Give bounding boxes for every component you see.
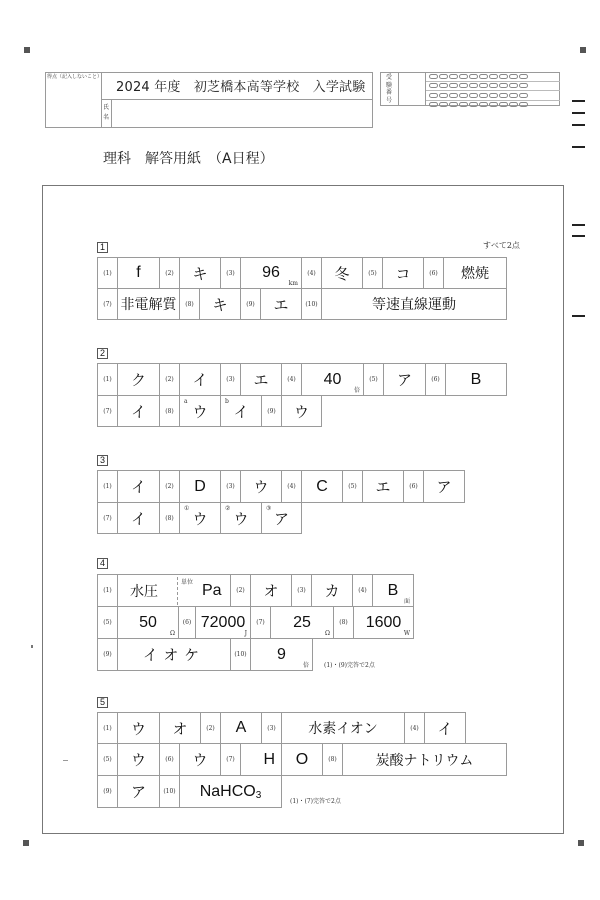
section-3-number: 3 [97,455,108,466]
q-number: (7) [103,515,112,522]
q1-6-label-cell: (6) [423,257,444,289]
q1-1-label-cell: (1) [97,257,118,289]
unit-label: 倍 [303,660,309,669]
answer-text: ア [436,476,451,497]
answer-text: イ [192,369,207,390]
q-number: (8) [165,515,174,522]
answer-text: 25 [293,614,311,632]
q5-7b-answer[interactable]: O [281,743,323,776]
sub-label: b [225,398,229,405]
q-number: (2) [165,270,174,277]
q3-4-answer[interactable]: C [301,470,343,503]
q5-2-label-cell: (2) [200,712,221,744]
answer-text: エ [273,294,288,315]
q2-6-label-cell: (6) [425,363,446,396]
unit-caption: 単位 [181,577,193,586]
q-number: (1) [103,483,112,490]
q-number: (9) [103,651,112,658]
answer-text: ウ [131,749,146,770]
q1-9-label-cell: (9) [240,288,261,320]
unit-label: 倍 [354,385,360,394]
q5-1-label-cell: (1) [97,712,118,744]
answer-text: ウ [192,749,207,770]
q2-7-answer[interactable]: イ [117,395,160,427]
bubble-row[interactable] [426,72,560,82]
q-number: (6) [431,376,440,383]
q1-10-answer[interactable]: 等速直線運動 [321,288,507,320]
answer-text: キ [212,294,227,315]
q5-1a-answer[interactable]: ウ [117,712,160,744]
q1-4-label-cell: (4) [301,257,322,289]
q-number: (6) [165,756,174,763]
q-number: (10) [234,651,246,658]
answer-text: オ [172,718,187,739]
sub-label: ③ [266,505,271,512]
q-number: (2) [236,587,245,594]
timing-mark [572,224,585,226]
bubble-row[interactable] [426,101,560,110]
answer-text: A [236,719,247,737]
q5-9-label-cell: (9) [97,775,118,808]
answer-text: 1600 [366,614,402,632]
q5-6-label-cell: (6) [159,743,180,776]
q4-1-label-cell: (1) [97,574,118,607]
q-number: (3) [226,270,235,277]
sub-label: ② [225,505,230,512]
stray-mark [31,645,33,648]
q4-8-label-cell: (8) [333,606,354,639]
answer-text: 等速直線運動 [372,294,456,314]
formula-subscript: 3 [256,790,262,801]
q4-2-label-cell: (2) [230,574,251,607]
q4-2-answer[interactable]: オ [250,574,292,607]
answer-text: イ [233,401,248,422]
score-label: 得点（記入しないこと） [47,73,102,80]
answer-text: ウ [294,401,309,422]
q2-3-label-cell: (3) [220,363,241,396]
q3-3-label-cell: (3) [220,470,241,503]
q4-7-answer[interactable]: 25Ω [270,606,334,639]
q-number: (10) [305,301,317,308]
answer-text: B [388,582,399,600]
q5-8-answer[interactable]: 炭酸ナトリウム [342,743,507,776]
answer-text: ア [131,781,146,802]
answer-text: イオケ [143,644,205,665]
answer-text: 水圧 [130,581,158,601]
section-1-number: 1 [97,242,108,253]
divider [177,577,178,605]
q-number: (1) [103,376,112,383]
q5-5-answer[interactable]: ウ [117,743,160,776]
answer-text: エ [253,369,268,390]
section-4-scoring-note: (1)・(9)完答で2点 [324,660,375,669]
q3-2-label-cell: (2) [159,470,180,503]
answer-text: コ [395,263,410,284]
q1-3-answer[interactable]: 96km [240,257,302,289]
unit-label: Ω [170,630,175,637]
q-number: (3) [226,376,235,383]
q2-8-label-cell: (8) [159,395,180,427]
section-2-number: 2 [97,348,108,359]
q2-2-label-cell: (2) [159,363,180,396]
q4-3-label-cell: (3) [291,574,312,607]
timing-mark [572,100,585,102]
q5-6-answer[interactable]: ウ [179,743,221,776]
registration-mark-bottom-right [578,840,584,846]
q-number: (5) [369,376,378,383]
answer-text: 非電解質 [121,294,177,314]
unit-label: Ω [325,630,330,637]
q1-2-answer[interactable]: キ [179,257,221,289]
answer-text: 72000 [201,614,246,632]
q2-8a-answer[interactable]: aウ [179,395,221,427]
exam-number-write-cell[interactable] [398,72,426,106]
answer-text: 水素イオン [308,718,378,738]
q1-9-answer[interactable]: エ [260,288,302,320]
page-title: 理科 解答用紙 （A日程） [103,148,274,168]
q-number: (9) [103,788,112,795]
answer-text: ウ [131,718,146,739]
timing-mark [572,112,585,114]
answer-text: NaHCO3 [200,783,262,801]
q-number: (10) [163,788,175,795]
registration-mark-bottom-left [23,840,29,846]
q1-5-label-cell: (5) [362,257,383,289]
q-number: (3) [297,587,306,594]
answer-text: カ [324,580,339,601]
q-number: (5) [348,483,357,490]
bubble-row[interactable] [426,91,560,101]
q3-1-answer[interactable]: イ [117,470,160,503]
q2-4-answer[interactable]: 40倍 [301,363,364,396]
q-number: (6) [183,619,192,626]
answer-text: O [296,751,308,769]
q2-3-answer[interactable]: エ [240,363,282,396]
q3-5-answer[interactable]: エ [362,470,404,503]
formula-text: NaHCO [200,783,256,800]
answer-text: 冬 [334,263,349,284]
sub-label: ① [184,505,189,512]
q1-8-answer[interactable]: キ [199,288,241,320]
q2-4-label-cell: (4) [281,363,302,396]
q3-4-label-cell: (4) [281,470,302,503]
answer-text: ア [274,508,289,529]
sub-label: a [184,398,188,405]
answer-text: エ [375,476,390,497]
q-number: (5) [103,756,112,763]
q3-8-3-answer[interactable]: ③ア [261,502,302,534]
answer-text: H [263,751,275,769]
timing-mark [572,315,585,317]
q1-2-label-cell: (2) [159,257,180,289]
answer-text: 炭酸ナトリウム [376,750,474,770]
q-number: (2) [206,725,215,732]
q2-1-label-cell: (1) [97,363,118,396]
q4-10-answer[interactable]: 9倍 [250,638,313,671]
answer-text: D [194,478,206,496]
unit-answer: Pa [202,582,222,600]
unit-label: W [404,630,410,637]
q5-10-label-cell: (10) [159,775,180,808]
q-number: (8) [328,756,337,763]
answer-text: イ [437,718,452,739]
unit-label: J [245,630,247,637]
q5-4-answer[interactable]: イ [424,712,466,744]
q-number: (8) [185,301,194,308]
score-box [45,72,102,128]
q2-2-answer[interactable]: イ [179,363,221,396]
section-4-number: 4 [97,558,108,569]
q5-7-label-cell: (7) [220,743,241,776]
q3-2-answer[interactable]: D [179,470,221,503]
q1-5-answer[interactable]: コ [382,257,424,289]
answer-text: B [471,371,482,389]
q-number: (8) [165,408,174,415]
q1-4-answer[interactable]: 冬 [321,257,363,289]
q5-4-label-cell: (4) [404,712,425,744]
q-number: (2) [165,483,174,490]
answer-text: オ [263,580,278,601]
q-number: (9) [246,301,255,308]
timing-mark [572,146,585,148]
q5-5-label-cell: (5) [97,743,118,776]
unit-label: 面 [404,596,410,605]
q-number: (4) [307,270,316,277]
unit-label: km [289,280,298,287]
answer-text: f [136,264,140,282]
q3-8-1-answer[interactable]: ①ウ [179,502,221,534]
q1-1-answer[interactable]: f [117,257,160,289]
q5-1b-answer[interactable]: オ [159,712,201,744]
q3-6-answer[interactable]: ア [423,470,465,503]
q-number: (5) [368,270,377,277]
q2-6-answer[interactable]: B [445,363,507,396]
q5-3-answer[interactable]: 水素イオン [281,712,405,744]
q2-8b-answer[interactable]: bイ [220,395,262,427]
q3-5-label-cell: (5) [342,470,363,503]
answer-text: ア [397,369,412,390]
q2-9-answer[interactable]: ウ [281,395,322,427]
q-number: (3) [226,483,235,490]
answer-text: イ [131,401,146,422]
q-number: (5) [103,619,112,626]
q-number: (1) [103,587,112,594]
q5-7a-answer[interactable]: H [240,743,282,776]
exam-number-label: 受験番号 [386,74,393,104]
q-number: (6) [409,483,418,490]
q3-7-label-cell: (7) [97,502,118,534]
q-number: (4) [287,483,296,490]
q5-10-answer[interactable]: NaHCO3 [179,775,282,808]
section-5-number: 5 [97,697,108,708]
q5-9-answer[interactable]: ア [117,775,160,808]
q1-10-label-cell: (10) [301,288,322,320]
q3-1-label-cell: (1) [97,470,118,503]
q2-5-label-cell: (5) [363,363,384,396]
bubble-row[interactable] [426,82,560,92]
q3-3-answer[interactable]: ウ [240,470,282,503]
q1-8-label-cell: (8) [179,288,200,320]
q-number: (3) [267,725,276,732]
q-number: (7) [103,301,112,308]
answer-text: ウ [192,401,207,422]
answer-text: 40 [324,371,342,389]
q-number: (1) [103,725,112,732]
section-5-scoring-note: (1)・(7)完答で2点 [290,796,341,805]
q3-6-label-cell: (6) [403,470,424,503]
q4-10-label-cell: (10) [230,638,251,671]
q1-6-answer[interactable]: 燃焼 [443,257,507,289]
q4-9-label-cell: (9) [97,638,118,671]
q4-5-label-cell: (5) [97,606,118,639]
name-label: 氏名 [103,103,110,123]
q3-7-answer[interactable]: イ [117,502,160,534]
exam-title: 2024 年度 初芝橋本高等学校 入学試験 [116,76,365,95]
name-field[interactable] [113,100,372,127]
q-number: (7) [103,408,112,415]
q5-2-answer[interactable]: A [220,712,262,744]
answer-text: ク [131,369,146,390]
answer-text: 燃焼 [461,263,489,283]
answer-text: 96 [262,264,280,282]
answer-text: イ [131,476,146,497]
q3-8-2-answer[interactable]: ②ウ [220,502,262,534]
q-number: (4) [287,376,296,383]
q2-1-answer[interactable]: ク [117,363,160,396]
q-number: (7) [226,756,235,763]
q5-8-label-cell: (8) [322,743,343,776]
q-number: (4) [358,587,367,594]
q2-7-label-cell: (7) [97,395,118,427]
q-number: (6) [429,270,438,277]
q-number: (8) [339,619,348,626]
q3-8-label-cell: (8) [159,502,180,534]
stray-mark [63,760,68,761]
q4-4-answer[interactable]: B面 [372,574,414,607]
answer-text: ウ [233,508,248,529]
q4-6-answer[interactable]: 72000J [195,606,251,639]
q4-3-answer[interactable]: カ [311,574,353,607]
q5-3-label-cell: (3) [261,712,282,744]
points-note: すべて2点 [483,240,520,251]
q-number: (9) [267,408,276,415]
answer-text: 9 [277,646,286,664]
q4-1-answer[interactable]: 水圧 単位 Pa [117,574,231,607]
exam-number-bubbles [426,72,560,106]
q-number: (2) [165,376,174,383]
answer-text: C [316,478,328,496]
q1-7-label-cell: (7) [97,288,118,320]
q-number: (7) [256,619,265,626]
q-number: (1) [103,270,112,277]
answer-text: ウ [253,476,268,497]
timing-mark [572,124,585,126]
registration-mark-top-right [580,47,586,53]
q4-9-answer[interactable]: イオケ [117,638,231,671]
q4-8-answer[interactable]: 1600W [353,606,414,639]
q-number: (4) [410,725,419,732]
q4-4-label-cell: (4) [352,574,373,607]
q1-7-answer[interactable]: 非電解質 [117,288,180,320]
answer-text: イ [131,508,146,529]
q2-5-answer[interactable]: ア [383,363,426,396]
answer-text: 50 [139,614,157,632]
q2-9-label-cell: (9) [261,395,282,427]
q4-5-answer[interactable]: 50Ω [117,606,179,639]
registration-mark-top-left [24,47,30,53]
timing-mark [572,235,585,237]
q1-3-label-cell: (3) [220,257,241,289]
answer-text: キ [192,263,207,284]
q4-7-label-cell: (7) [250,606,271,639]
q4-6-label-cell: (6) [178,606,196,639]
answer-text: ウ [192,508,207,529]
